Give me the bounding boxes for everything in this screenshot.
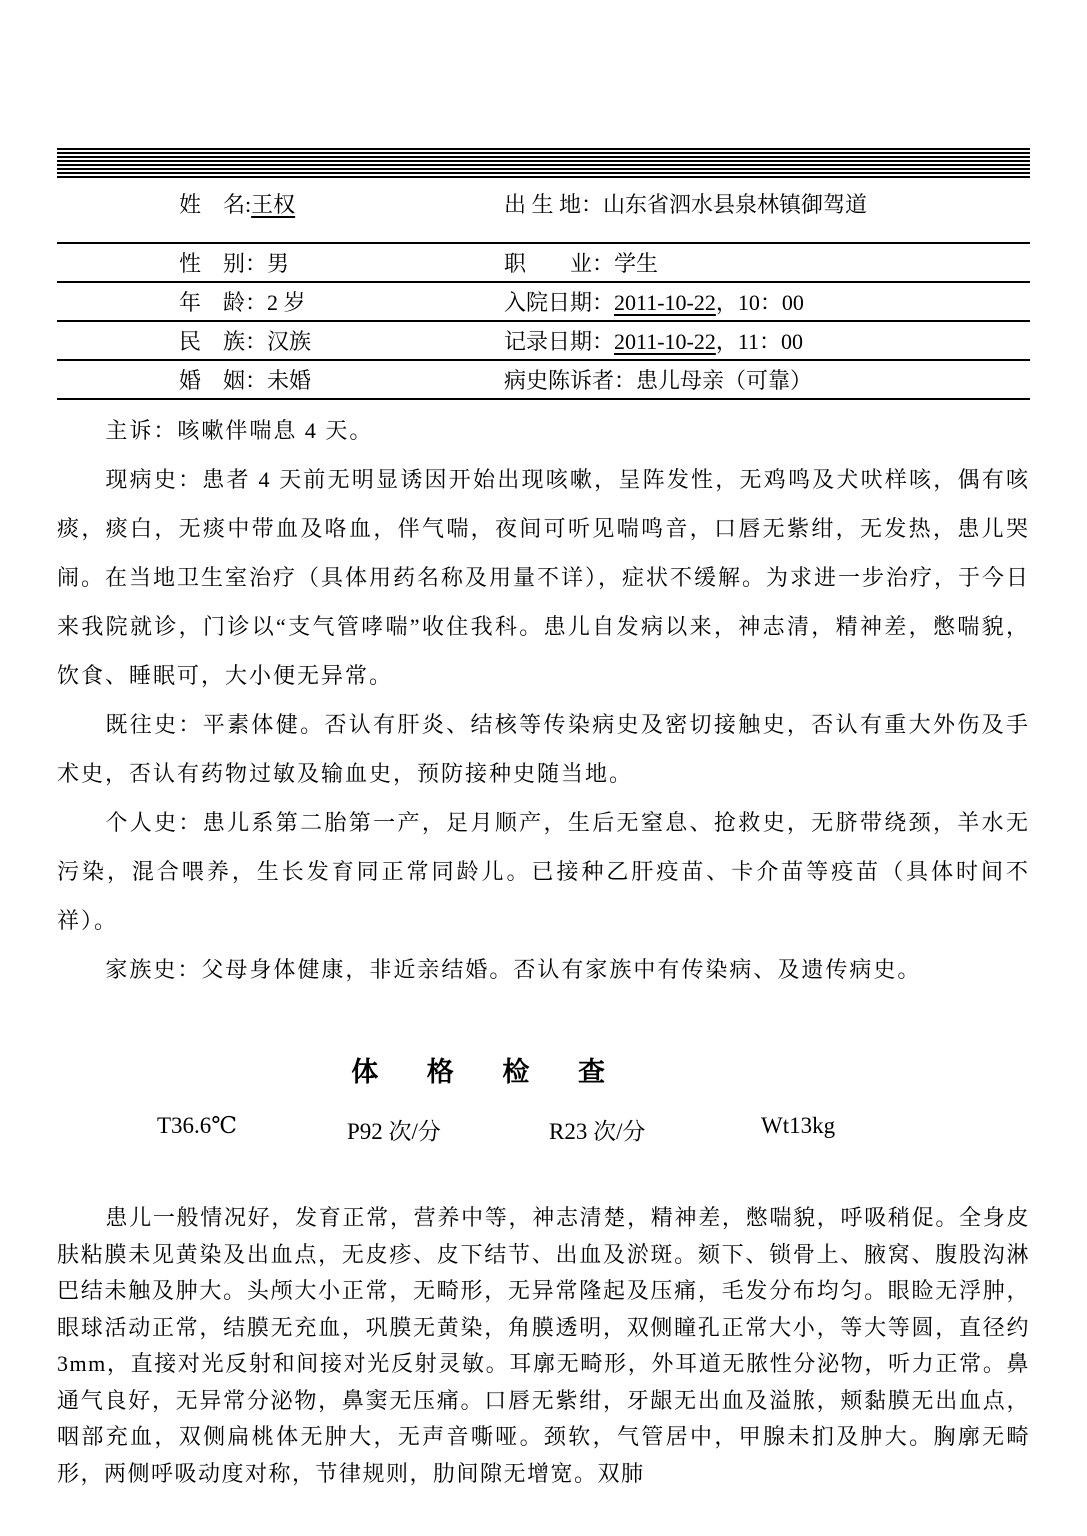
pulse-value: P92 次/分	[347, 1113, 549, 1146]
rule-line	[57, 172, 1030, 174]
table-row-name-birthplace: 姓 名:王权 出 生 地：山东省泗水县泉林镇御驾道	[57, 178, 1030, 244]
table-row-sex-occupation: 性 别：男 职 业：学生	[57, 244, 1030, 283]
birthplace-field: 出 生 地：山东省泗水县泉林镇御驾道	[504, 188, 1030, 219]
birthplace-value: 山东省泗水县泉林镇御驾道	[603, 192, 867, 217]
name-value: 王权	[251, 192, 295, 217]
marital-status-label: 婚 姻：	[179, 368, 267, 393]
admission-date-label: 入院日期：	[504, 290, 614, 315]
marital-status-value: 未婚	[267, 368, 311, 393]
history-sections: 主诉：咳嗽伴喘息 4 天。 现病史：患者 4 天前无明显诱因开始出现咳嗽，呈阵发…	[57, 406, 1030, 994]
rule-line	[57, 148, 1030, 150]
respiration-value: R23 次/分	[549, 1113, 761, 1146]
occupation-value: 学生	[614, 251, 658, 276]
age-value: 2 岁	[267, 290, 306, 315]
physical-exam-paragraph: 患儿一般情况好，发育正常，营养中等，神志清楚，精神差，憋喘貌，呼吸稍促。全身皮肤…	[57, 1200, 1030, 1492]
table-row-ethnicity-record: 民 族：汉族 记录日期：2011-10-22，11：00	[57, 322, 1030, 361]
age-label: 年 龄：	[179, 290, 267, 315]
physical-exam-body: 患儿一般情况好，发育正常，营养中等，神志清楚，精神差，憋喘貌，呼吸稍促。全身皮肤…	[57, 1200, 1030, 1492]
table-row-marital-historian: 婚 姻：未婚 病史陈诉者：患儿母亲（可靠）	[57, 361, 1030, 400]
birthplace-label: 出 生 地：	[504, 192, 603, 217]
name-field: 姓 名:王权	[179, 188, 504, 219]
marital-status-field: 婚 姻：未婚	[179, 364, 504, 395]
history-narrator-field: 病史陈诉者：患儿母亲（可靠）	[504, 364, 1030, 395]
header-rule-band	[57, 148, 1030, 178]
sex-label: 性 别：	[179, 251, 267, 276]
temperature-value: T36.6℃	[157, 1113, 347, 1146]
name-label: 姓 名:	[179, 192, 251, 217]
admission-time-value: ，10：00	[716, 290, 804, 315]
chief-complaint-paragraph: 主诉：咳嗽伴喘息 4 天。	[57, 406, 1030, 455]
past-history-paragraph: 既往史：平素体健。否认有肝炎、结核等传染病史及密切接触史，否认有重大外伤及手术史…	[57, 700, 1030, 798]
physical-exam-heading: 体 格 检 查	[57, 1050, 910, 1089]
present-illness-paragraph: 现病史：患者 4 天前无明显诱因开始出现咳嗽，呈阵发性，无鸡鸣及犬吠样咳，偶有咳…	[57, 455, 1030, 700]
table-row-age-admission: 年 龄：2 岁 入院日期：2011-10-22，10：00	[57, 283, 1030, 322]
occupation-label: 职 业：	[504, 251, 614, 276]
rule-line	[57, 160, 1030, 162]
vital-signs-row: T36.6℃ P92 次/分 R23 次/分 Wt13kg	[57, 1113, 1030, 1146]
admission-date-value: 2011-10-22	[614, 290, 716, 315]
record-time-value: ，11：00	[716, 329, 803, 354]
medical-record-page: 姓 名:王权 出 生 地：山东省泗水县泉林镇御驾道 性 别：男 职 业：学生 年…	[0, 0, 1087, 1492]
record-date-value: 2011-10-22	[614, 329, 716, 354]
personal-history-paragraph: 个人史：患儿系第二胎第一产，足月顺产，生后无窒息、抢救史，无脐带绕颈，羊水无污染…	[57, 798, 1030, 945]
family-history-paragraph: 家族史：父母身体健康，非近亲结婚。否认有家族中有传染病、及遗传病史。	[57, 945, 1030, 994]
weight-value: Wt13kg	[761, 1113, 1030, 1146]
sex-field: 性 别：男	[179, 247, 504, 278]
ethnicity-value: 汉族	[267, 329, 311, 354]
admission-date-field: 入院日期：2011-10-22，10：00	[504, 286, 1030, 317]
rule-line	[57, 152, 1030, 154]
record-date-label: 记录日期：	[504, 329, 614, 354]
rule-line	[57, 156, 1030, 158]
age-field: 年 龄：2 岁	[179, 286, 504, 317]
rule-line	[57, 164, 1030, 166]
ethnicity-label: 民 族：	[179, 329, 267, 354]
patient-info-table: 姓 名:王权 出 生 地：山东省泗水县泉林镇御驾道 性 别：男 职 业：学生 年…	[57, 178, 1030, 400]
occupation-field: 职 业：学生	[504, 247, 1030, 278]
rule-line	[57, 168, 1030, 170]
sex-value: 男	[267, 251, 289, 276]
history-narrator-label: 病史陈诉者：	[504, 368, 636, 393]
history-narrator-value: 患儿母亲（可靠）	[636, 368, 812, 393]
record-date-field: 记录日期：2011-10-22，11：00	[504, 325, 1030, 356]
ethnicity-field: 民 族：汉族	[179, 325, 504, 356]
